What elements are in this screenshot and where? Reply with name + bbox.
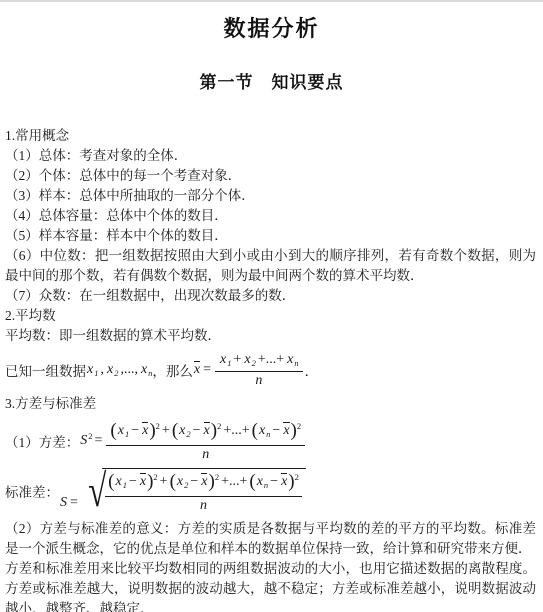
comparison-paragraph: 方差和标准差用来比较平均数相同的两组数据波动的大小，也用它描述数据的离散程度。方… xyxy=(5,559,536,612)
variance-term-n: (xn−x)2 xyxy=(252,423,302,438)
concept-item-median: （6）中位数：把一组数据按照由大到小或由小到大的顺序排列，若有奇数个数据，则为最… xyxy=(5,246,536,286)
stddev-term-n: (xn−x)2 xyxy=(249,474,299,489)
variance-term-2: (x2−x)2 xyxy=(172,423,222,438)
variance-equation: S2=(x1−x)2+(x2−x)2+...+(xn−x)2n xyxy=(79,419,307,463)
variance-formula-line: （1）方差： S2=(x1−x)2+(x2−x)2+...+(xn−x)2n xyxy=(5,419,536,463)
variance-section-heading: 3.方差与标准差 xyxy=(5,394,536,414)
mean-period: ． xyxy=(305,360,319,380)
variance-fraction: (x1−x)2+(x2−x)2+...+(xn−x)2n xyxy=(106,419,305,463)
radical-sign-icon: √ xyxy=(88,471,106,511)
square-root: √(x1−x)2+(x2−x)2+...+(xn−x)2n xyxy=(81,468,306,514)
stddev-term-1: (x1−x)2 xyxy=(108,474,158,489)
variance-label: （1）方差： xyxy=(5,431,79,451)
page-title: 数据分析 xyxy=(0,12,543,43)
stddev-equation: S=√(x1−x)2+(x2−x)2+...+(xn−x)2n xyxy=(59,468,306,514)
section-title: 第一节 知识要点 xyxy=(0,68,543,93)
concepts-heading: 1.常用概念 xyxy=(5,126,536,146)
stddev-label: 标准差： xyxy=(5,481,59,501)
mean-fraction: x1+x2+...+xnn xyxy=(215,351,303,389)
stddev-formula-line: 标准差： S=√(x1−x)2+(x2−x)2+...+(xn−x)2n xyxy=(5,468,536,514)
mean-equation: x=x1+x2+...+xnn xyxy=(193,351,305,389)
data-sequence: x1,x2,...,xn xyxy=(86,362,152,378)
concept-item-individual: （2）个体：总体中的每一个考查对象． xyxy=(5,166,536,186)
average-heading: 2.平均数 xyxy=(5,306,536,326)
concept-item-sample: （3）样本：总体中所抽取的一部分个体． xyxy=(5,186,536,206)
mean-formula-line: 已知一组数据 x1,x2,...,xn ，那么 x=x1+x2+...+xnn … xyxy=(5,351,536,389)
document-page: 数据分析 第一节 知识要点 1.常用概念 （1）总体：考查对象的全体． （2）个… xyxy=(0,0,543,612)
stddev-term-2: (x2−x)2 xyxy=(170,474,220,489)
concept-item-mode: （7）众数：在一组数据中，出现次数最多的数． xyxy=(5,286,536,306)
concept-item-sample-size: （5）样本容量：样本中个体的数目． xyxy=(5,226,536,246)
meaning-paragraph: （2）方差与标准差的意义：方差的实质是各数据与平均数的差的平方的平均数。标准差是… xyxy=(5,519,536,559)
average-description: 平均数：即一组数据的算术平均数． xyxy=(5,326,536,346)
concept-item-population: （1）总体：考查对象的全体． xyxy=(5,146,536,166)
mean-then-text: ，那么 xyxy=(152,360,193,380)
document-body: 1.常用概念 （1）总体：考查对象的全体． （2）个体：总体中的每一个考查对象．… xyxy=(0,126,543,612)
mean-lead-text: 已知一组数据 xyxy=(5,360,86,380)
variance-term-1: (x1−x)2 xyxy=(110,423,160,438)
concept-item-population-size: （4）总体容量：总体中个体的数目． xyxy=(5,206,536,226)
